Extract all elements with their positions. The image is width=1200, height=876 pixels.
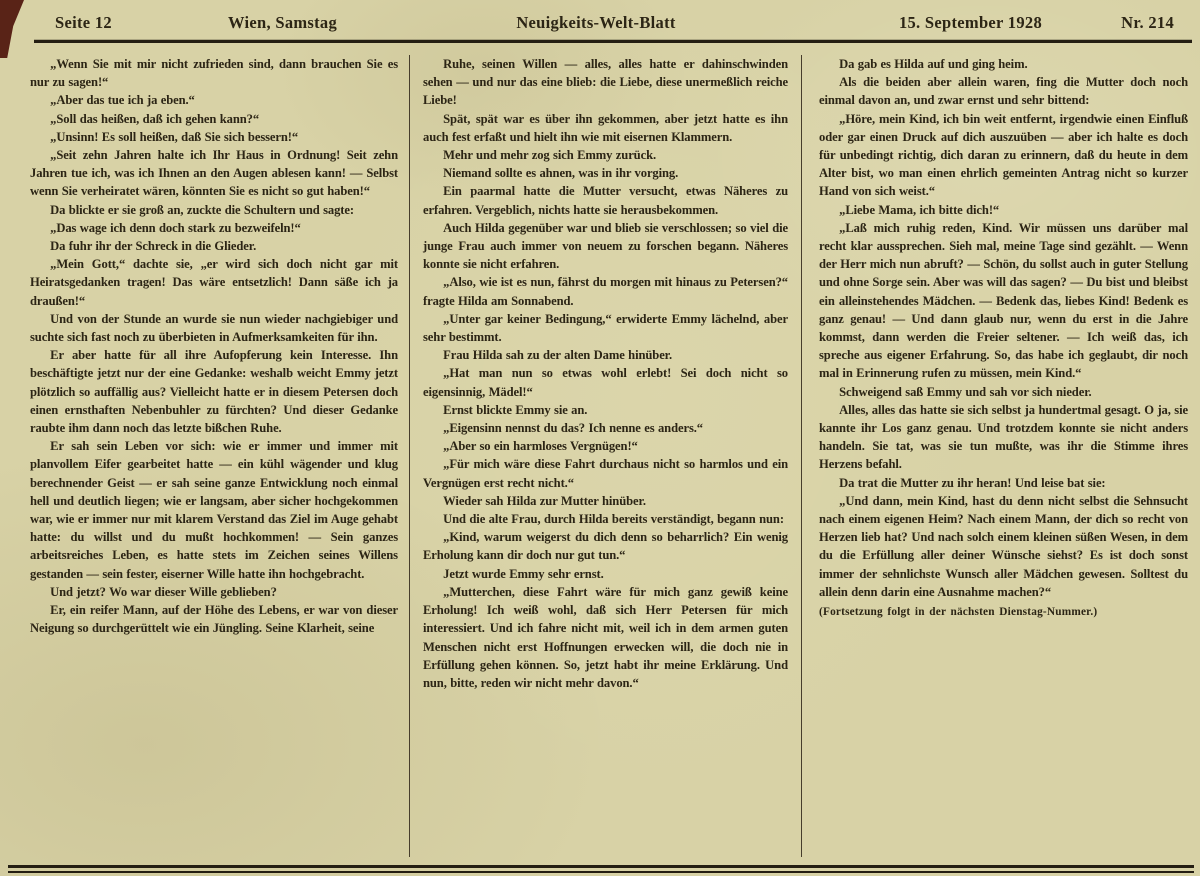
story-paragraph: „Seit zehn Jahren halte ich Ihr Haus in …	[30, 146, 398, 201]
story-paragraph: Ernst blickte Emmy sie an.	[423, 401, 788, 419]
issue-number-label: Nr. 214	[1121, 13, 1174, 33]
story-paragraph: „Eigensinn nennst du das? Ich nenne es a…	[423, 419, 788, 437]
story-paragraph: „Mutterchen, diese Fahrt wäre für mich g…	[423, 583, 788, 692]
story-paragraph: „Mein Gott,“ dachte sie, „er wird sich d…	[30, 255, 398, 310]
story-paragraph: „Hat man nun so etwas wohl erlebt! Sei d…	[423, 364, 788, 400]
story-paragraph: „Also, wie ist es nun, fährst du morgen …	[423, 273, 788, 309]
story-paragraph: Alles, alles das hatte sie sich selbst j…	[819, 401, 1188, 474]
story-paragraph: „Laß mich ruhig reden, Kind. Wir müssen …	[819, 219, 1188, 383]
story-paragraph: Auch Hilda gegenüber war und blieb sie v…	[423, 219, 788, 274]
story-paragraph: Niemand sollte es ahnen, was in ihr vorg…	[423, 164, 788, 182]
bottom-double-rule	[8, 865, 1194, 873]
story-column-2: Ruhe, seinen Willen — alles, alles hatte…	[410, 55, 802, 857]
story-paragraph: Als die beiden aber allein waren, fing d…	[819, 73, 1188, 109]
story-paragraph: Er sah sein Leben vor sich: wie er immer…	[30, 437, 398, 583]
story-paragraph: „Höre, mein Kind, ich bin weit entfernt,…	[819, 110, 1188, 201]
story-paragraph: Und jetzt? Wo war dieser Wille geblieben…	[30, 583, 398, 601]
story-paragraph: Er, ein reifer Mann, auf der Höhe des Le…	[30, 601, 398, 637]
page-number-label: Seite 12	[55, 13, 112, 33]
story-paragraph: „Wenn Sie mit mir nicht zufrieden sind, …	[30, 55, 398, 91]
story-paragraph: „Kind, warum weigerst du dich denn so be…	[423, 528, 788, 564]
story-paragraph: Wieder sah Hilda zur Mutter hinüber.	[423, 492, 788, 510]
issue-date-label: 15. September 1928	[899, 13, 1042, 33]
story-paragraph: „Für mich wäre diese Fahrt durchaus nich…	[423, 455, 788, 491]
story-paragraph: „Unter gar keiner Bedingung,“ erwiderte …	[423, 310, 788, 346]
story-column-3: Da gab es Hilda auf und ging heim.Als di…	[802, 55, 1188, 857]
story-paragraph: Und von der Stunde an wurde sie nun wied…	[30, 310, 398, 346]
story-paragraph: Da gab es Hilda auf und ging heim.	[819, 55, 1188, 73]
story-paragraph: Und die alte Frau, durch Hilda bereits v…	[423, 510, 788, 528]
masthead-title: Neuigkeits-Welt-Blatt	[516, 13, 675, 33]
story-paragraph: „Und dann, mein Kind, hast du denn nicht…	[819, 492, 1188, 601]
story-paragraph: Da fuhr ihr der Schreck in die Glieder.	[30, 237, 398, 255]
story-paragraph: „Liebe Mama, ich bitte dich!“	[819, 201, 1188, 219]
story-paragraph: Schweigend saß Emmy und sah vor sich nie…	[819, 383, 1188, 401]
story-paragraph: Frau Hilda sah zu der alten Dame hinüber…	[423, 346, 788, 364]
place-day-label: Wien, Samstag	[228, 13, 337, 33]
story-paragraph: „Aber das tue ich ja eben.“	[30, 91, 398, 109]
story-paragraph: Ein paarmal hatte die Mutter versucht, e…	[423, 182, 788, 218]
story-columns: „Wenn Sie mit mir nicht zufrieden sind, …	[0, 46, 1200, 860]
story-paragraph: Mehr und mehr zog sich Emmy zurück.	[423, 146, 788, 164]
story-paragraph: „Aber so ein harmloses Vergnügen!“	[423, 437, 788, 455]
story-paragraph: Ruhe, seinen Willen — alles, alles hatte…	[423, 55, 788, 110]
story-paragraph: Er aber hatte für all ihre Aufopferung k…	[30, 346, 398, 437]
newspaper-header: Seite 12 Wien, Samstag Neuigkeits-Welt-B…	[0, 0, 1192, 43]
story-paragraph: Spät, spät war es über ihn gekommen, abe…	[423, 110, 788, 146]
story-paragraph: „Unsinn! Es soll heißen, daß Sie sich be…	[30, 128, 398, 146]
story-paragraph: Da trat die Mutter zu ihr heran! Und lei…	[819, 474, 1188, 492]
header-rule	[34, 40, 1192, 43]
story-paragraph: „Das wage ich denn doch stark zu bezweif…	[30, 219, 398, 237]
story-paragraph: Da blickte er sie groß an, zuckte die Sc…	[30, 201, 398, 219]
story-paragraph: „Soll das heißen, daß ich gehen kann?“	[30, 110, 398, 128]
story-column-1: „Wenn Sie mit mir nicht zufrieden sind, …	[30, 55, 410, 857]
story-paragraph: Jetzt wurde Emmy sehr ernst.	[423, 565, 788, 583]
continuation-note: (Fortsetzung folgt in der nächsten Diens…	[819, 604, 1188, 620]
